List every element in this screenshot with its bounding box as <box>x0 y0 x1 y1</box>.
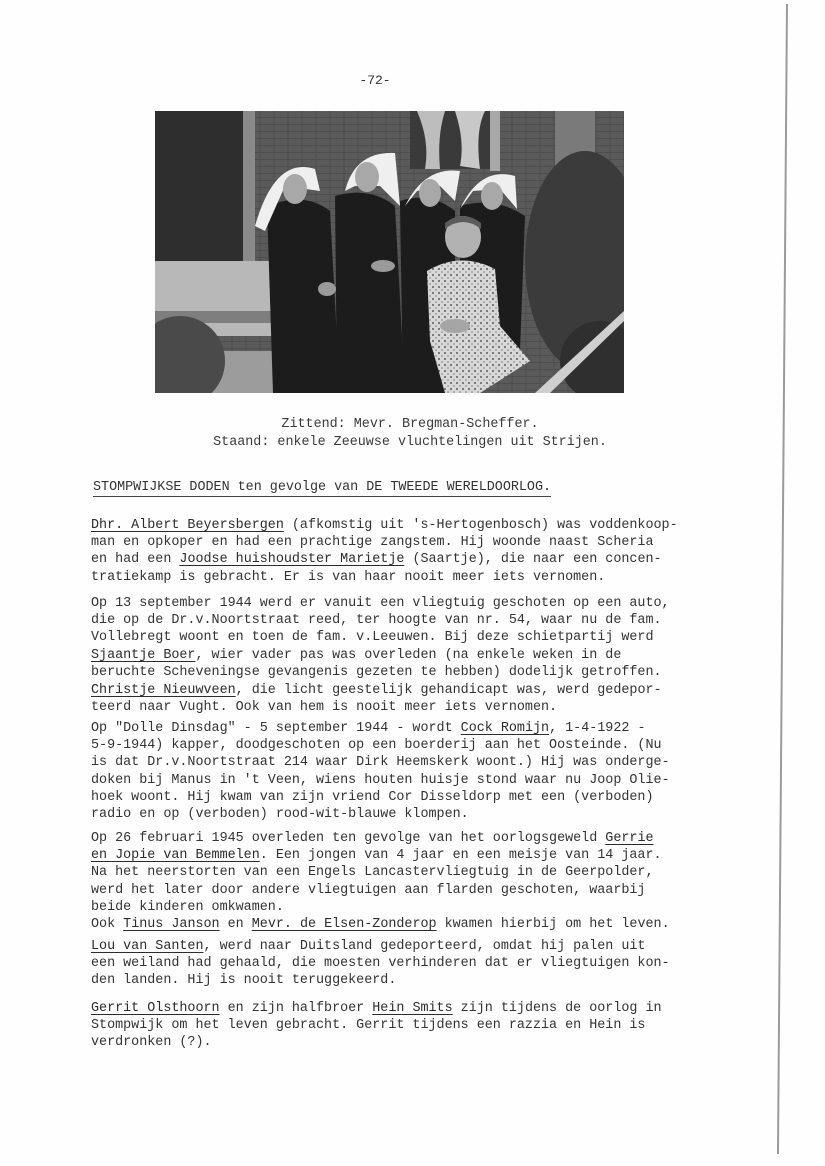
text-segment: een weiland had gehaald, die moesten ver… <box>91 956 670 971</box>
text-line: radio en op (verboden) rood-wit-blauwe k… <box>91 806 699 823</box>
text-line: is dat Dr.v.Noortstraat 214 waar Dirk He… <box>91 754 699 771</box>
text-line: en had een Joodse huishoudster Marietje … <box>91 551 699 568</box>
photograph <box>155 111 624 393</box>
underlined-name: Sjaantje Boer <box>91 648 195 663</box>
text-segment: en <box>220 917 252 932</box>
text-segment: Op "Dolle Dinsdag" - 5 september 1944 - … <box>91 721 461 736</box>
underlined-name: Tinus Janson <box>123 917 219 932</box>
text-segment: , werd naar Duitsland gedeporteerd, omda… <box>204 939 646 954</box>
underlined-name: Gerrit Olsthoorn <box>91 1001 220 1016</box>
text-line: Gerrit Olsthoorn en zijn halfbroer Hein … <box>91 1000 699 1017</box>
text-segment: den landen. Hij is nooit teruggekeerd. <box>91 973 396 988</box>
page-edge-line <box>777 4 788 1154</box>
text-segment: man en opkoper en had een prachtige zang… <box>91 535 654 550</box>
text-segment: doken bij Manus in 't Veen, wiens houten… <box>91 773 670 788</box>
text-line: hoek woont. Hij kwam van zijn vriend Cor… <box>91 789 699 806</box>
text-segment: en had een <box>91 552 179 567</box>
paragraph: Lou van Santen, werd naar Duitsland gede… <box>91 938 699 990</box>
text-line: beruchte Scheveningse gevangenis gezeten… <box>91 664 699 681</box>
underlined-name: Dhr. Albert Beyersbergen <box>91 518 284 533</box>
photo-illustration <box>155 111 624 393</box>
underlined-name: en Jopie van Bemmelen <box>91 848 260 863</box>
text-segment: teerd naar Vught. Ook van hem is nooit m… <box>91 700 557 715</box>
text-segment: Na het neerstorten van een Engels Lancas… <box>91 865 654 880</box>
photo-caption: Zittend: Mevr. Bregman-Scheffer. Staand:… <box>0 416 820 452</box>
text-line: die op de Dr.v.Noortstraat reed, ter hoo… <box>91 612 699 629</box>
paragraph: Christje Nieuwveen, die licht geestelijk… <box>91 682 699 716</box>
section-heading: STOMPWIJKSE DODEN ten gevolge van DE TWE… <box>93 480 551 497</box>
caption-line-seated: Zittend: Mevr. Bregman-Scheffer. <box>0 416 820 434</box>
underlined-name: Joodse huishoudster Marietje <box>179 552 404 567</box>
text-segment: die op de Dr.v.Noortstraat reed, ter hoo… <box>91 613 662 628</box>
text-segment: en zijn halfbroer <box>220 1001 373 1016</box>
underlined-name: Cock Romijn <box>461 721 549 736</box>
text-segment: . Een jongen van 4 jaar en een meisje va… <box>260 848 662 863</box>
paragraph: Op 13 september 1944 werd er vanuit een … <box>91 595 699 681</box>
text-segment: beruchte Scheveningse gevangenis gezeten… <box>91 665 662 680</box>
text-line: man en opkoper en had een prachtige zang… <box>91 534 699 551</box>
text-line: Op "Dolle Dinsdag" - 5 september 1944 - … <box>91 720 699 737</box>
text-line: doken bij Manus in 't Veen, wiens houten… <box>91 772 699 789</box>
text-line: Stompwijk om het leven gebracht. Gerrit … <box>91 1017 699 1034</box>
text-segment: Ook <box>91 917 123 932</box>
text-line: Sjaantje Boer, wier vader pas was overle… <box>91 647 699 664</box>
text-segment: zijn tijdens de oorlog in <box>453 1001 662 1016</box>
text-segment: 5-9-1944) kapper, doodgeschoten op een b… <box>91 738 662 753</box>
caption-line-standing: Staand: enkele Zeeuwse vluchtelingen uit… <box>0 434 820 452</box>
text-segment: tratiekamp is gebracht. Er is van haar n… <box>91 570 605 585</box>
text-line: werd het later door andere vliegtuigen a… <box>91 882 699 899</box>
text-line: Ook Tinus Janson en Mevr. de Elsen-Zonde… <box>91 916 699 933</box>
text-segment: radio en op (verboden) rood-wit-blauwe k… <box>91 807 469 822</box>
paragraph: Dhr. Albert Beyersbergen (afkomstig uit … <box>91 517 699 586</box>
underlined-name: Gerrie <box>605 831 653 846</box>
text-line: Op 13 september 1944 werd er vanuit een … <box>91 595 699 612</box>
text-line: beide kinderen omkwamen. <box>91 899 699 916</box>
text-segment: beide kinderen omkwamen. <box>91 900 284 915</box>
text-segment: , wier vader pas was overleden (na enkel… <box>195 648 621 663</box>
text-line: verdronken (?). <box>91 1034 699 1051</box>
underlined-name: Christje Nieuwveen <box>91 683 236 698</box>
paragraph: Gerrit Olsthoorn en zijn halfbroer Hein … <box>91 1000 699 1052</box>
page-number: -72- <box>0 73 750 88</box>
text-line: en Jopie van Bemmelen. Een jongen van 4 … <box>91 847 699 864</box>
text-segment: hoek woont. Hij kwam van zijn vriend Cor… <box>91 790 654 805</box>
text-segment: Op 26 februari 1945 overleden ten gevolg… <box>91 831 605 846</box>
text-line: teerd naar Vught. Ook van hem is nooit m… <box>91 699 699 716</box>
text-line: Vollebregt woont en toen de fam. v.Leeuw… <box>91 629 699 646</box>
document-page: -72- <box>0 0 825 1166</box>
text-line: den landen. Hij is nooit teruggekeerd. <box>91 972 699 989</box>
paragraph: Op 26 februari 1945 overleden ten gevolg… <box>91 830 699 933</box>
text-segment: werd het later door andere vliegtuigen a… <box>91 883 645 898</box>
text-line: Dhr. Albert Beyersbergen (afkomstig uit … <box>91 517 699 534</box>
text-line: een weiland had gehaald, die moesten ver… <box>91 955 699 972</box>
underlined-name: Hein Smits <box>372 1001 452 1016</box>
text-line: Lou van Santen, werd naar Duitsland gede… <box>91 938 699 955</box>
text-segment: kwamen hierbij om het leven. <box>437 917 670 932</box>
text-segment: (afkomstig uit 's-Hertogenbosch) was vod… <box>284 518 678 533</box>
text-segment: is dat Dr.v.Noortstraat 214 waar Dirk He… <box>91 755 670 770</box>
text-line: 5-9-1944) kapper, doodgeschoten op een b… <box>91 737 699 754</box>
paragraph: Op "Dolle Dinsdag" - 5 september 1944 - … <box>91 720 699 823</box>
underlined-name: Lou van Santen <box>91 939 204 954</box>
text-segment: Op 13 september 1944 werd er vanuit een … <box>91 596 670 611</box>
text-line: Op 26 februari 1945 overleden ten gevolg… <box>91 830 699 847</box>
text-segment: verdronken (?). <box>91 1035 212 1050</box>
underlined-name: Mevr. de Elsen-Zonderop <box>252 917 437 932</box>
text-line: Na het neerstorten van een Engels Lancas… <box>91 864 699 881</box>
text-line: Christje Nieuwveen, die licht geestelijk… <box>91 682 699 699</box>
text-segment: Vollebregt woont en toen de fam. v.Leeuw… <box>91 630 654 645</box>
text-segment: , die licht geestelijk gehandicapt was, … <box>236 683 662 698</box>
text-line: tratiekamp is gebracht. Er is van haar n… <box>91 569 699 586</box>
text-segment: Stompwijk om het leven gebracht. Gerrit … <box>91 1018 645 1033</box>
text-segment: , 1-4-1922 - <box>549 721 645 736</box>
text-segment: (Saartje), die naar een concen- <box>404 552 661 567</box>
